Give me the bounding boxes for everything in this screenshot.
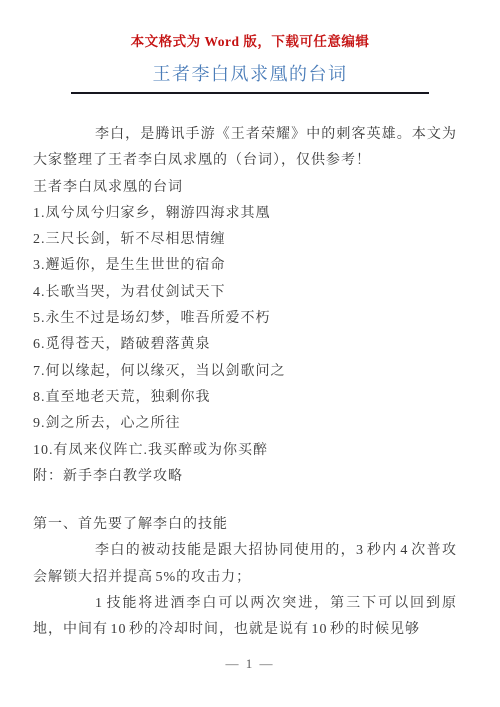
title-divider — [71, 92, 429, 94]
paragraph: 9.剑之所去，心之所往 — [33, 411, 457, 437]
paragraph: 王者李白凤求凰的台词 — [33, 175, 457, 201]
document-page: 本文格式为 Word 版，下载可任意编辑 王者李白凤求凰的台词 李白，是腾讯手游… — [0, 0, 500, 707]
paragraph: 李白的被动技能是跟大招协同使用的，3 秒内 4 次普攻会解锁大招并提高 5%的攻… — [33, 538, 457, 591]
paragraph: 2.三尺长剑，斩不尽相思情缠 — [33, 227, 457, 253]
paragraph: 1.凤兮凤兮归家乡，翱游四海求其凰 — [33, 201, 457, 227]
document-body: 李白，是腾讯手游《王者荣耀》中的刺客英雄。本文为大家整理了王者李白凤求凰的（台词… — [33, 122, 457, 644]
paragraph: 1 技能将进酒李白可以两次突进，第三下可以回到原地，中间有 10 秒的冷却时间，… — [33, 591, 457, 644]
paragraph: 7.何以缘起，何以缘灭，当以剑歌问之 — [33, 359, 457, 385]
paragraph-spacer — [33, 490, 457, 512]
paragraph: 6.觅得苍天，踏破碧落黄泉 — [33, 332, 457, 358]
page-number-footer: — 1 — — [0, 657, 500, 671]
paragraph: 3.邂逅你，是生生世世的宿命 — [33, 253, 457, 279]
document-title: 王者李白凤求凰的台词 — [0, 63, 500, 85]
paragraph: 李白，是腾讯手游《王者荣耀》中的刺客英雄。本文为大家整理了王者李白凤求凰的（台词… — [33, 122, 457, 175]
paragraph: 第一、首先要了解李白的技能 — [33, 512, 457, 538]
paragraph: 8.直至地老天荒，独剩你我 — [33, 385, 457, 411]
header-notice: 本文格式为 Word 版，下载可任意编辑 — [0, 0, 500, 50]
paragraph: 附：新手李白教学攻略 — [33, 464, 457, 490]
paragraph: 5.永生不过是场幻梦，唯吾所爱不朽 — [33, 306, 457, 332]
paragraph: 4.长歌当哭，为君仗剑试天下 — [33, 280, 457, 306]
paragraph: 10.有凤来仪阵亡.我买醉或为你买醉 — [33, 438, 457, 464]
